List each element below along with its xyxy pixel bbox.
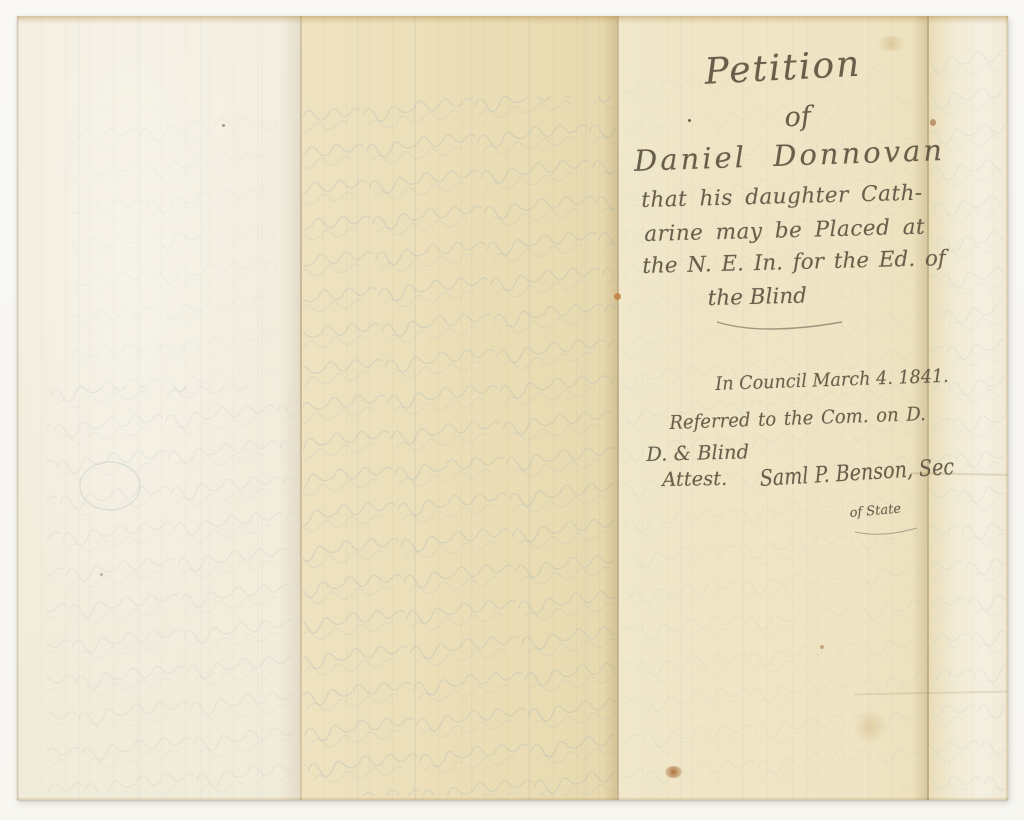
fold-shadow-left — [280, 16, 300, 800]
document-sheet: Petition of Daniel Donnovan that his dau… — [17, 16, 1008, 800]
fold-crease-middle — [617, 16, 619, 800]
fold-crease-left — [300, 16, 302, 800]
tan-blotch — [850, 711, 890, 743]
scan-background: Petition of Daniel Donnovan that his dau… — [0, 0, 1024, 820]
ink-speck — [820, 645, 824, 649]
rust-stain — [665, 766, 682, 778]
paper-right-edge — [1006, 16, 1008, 800]
paper-left-edge — [17, 16, 19, 800]
paper-top-edge — [17, 16, 1008, 24]
docket-attest-label: Attest. — [662, 467, 727, 491]
fold-shadow-middle — [603, 16, 617, 800]
docket-referral-line-2: D. & Blind — [646, 440, 749, 466]
paper-bottom-edge — [17, 797, 1008, 800]
petition-body-line-4: the Blind — [672, 283, 843, 312]
ink-speck — [100, 573, 103, 576]
ink-speck — [614, 293, 621, 300]
ink-speck — [930, 119, 936, 126]
ink-speck — [222, 124, 225, 127]
